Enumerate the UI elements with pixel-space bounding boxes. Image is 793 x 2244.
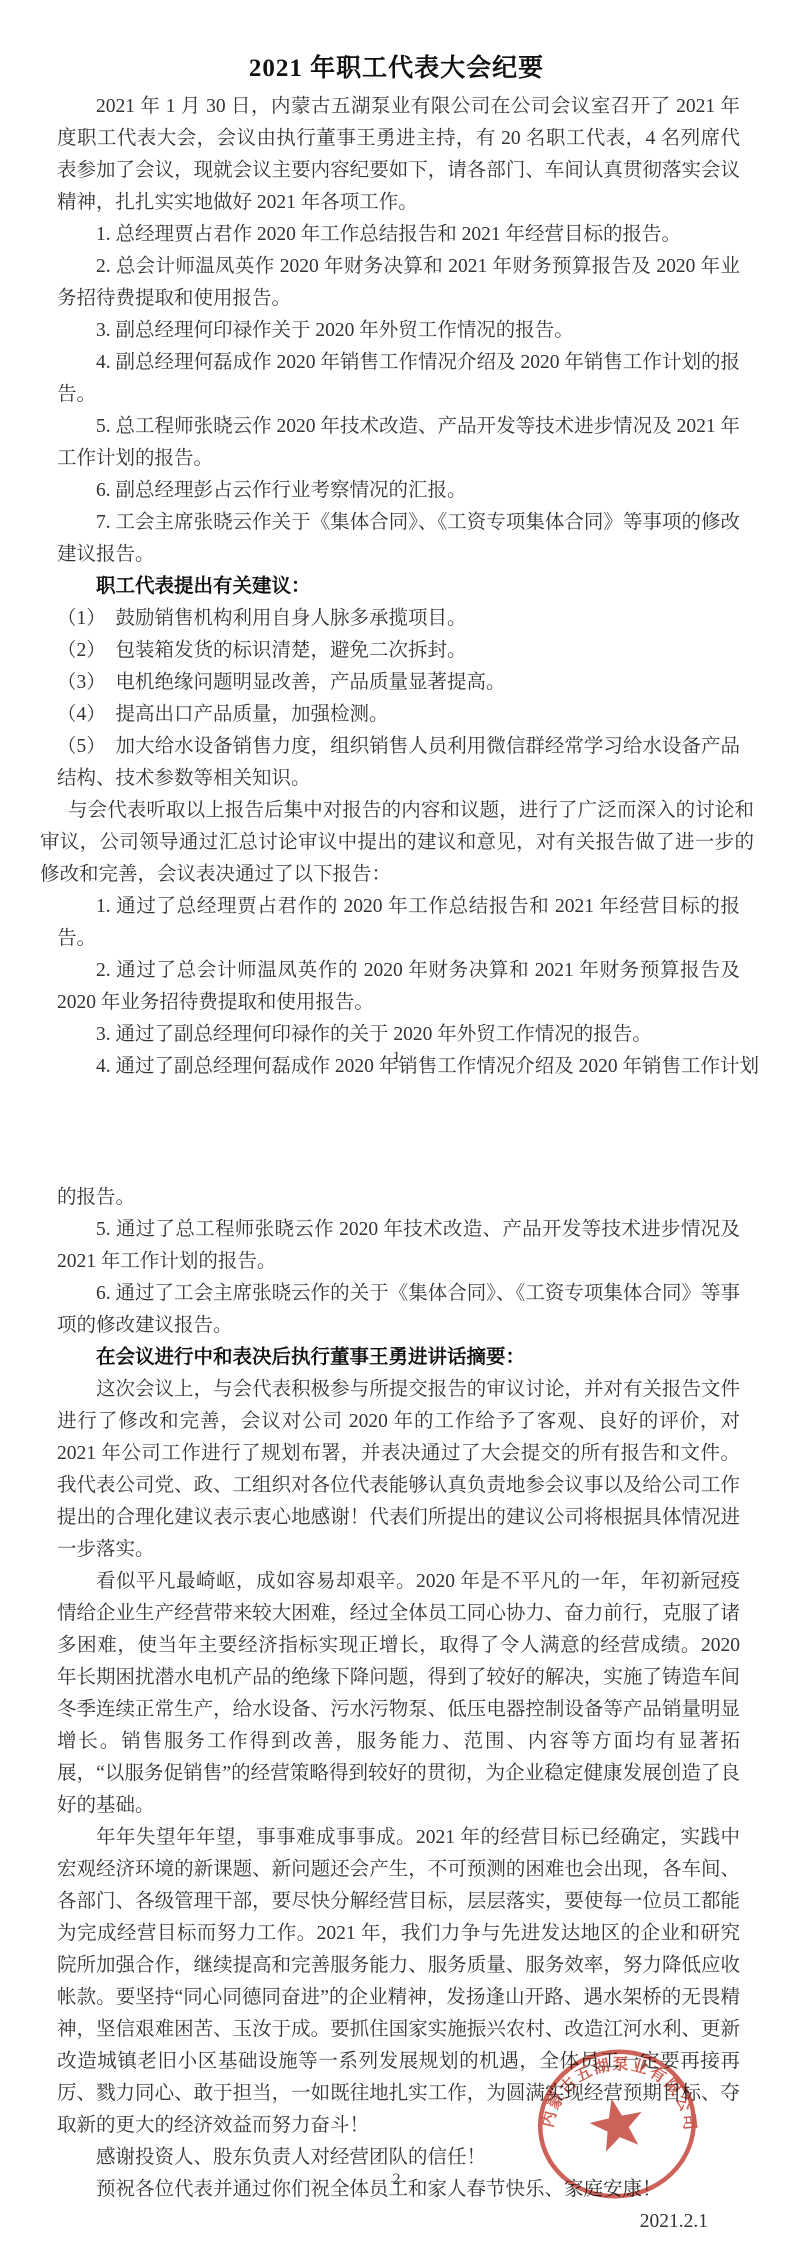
suggestion-1: （1） 鼓励销售机构利用自身人脉多承揽项目。 (57, 603, 740, 635)
report-item-2: 2. 总会计师温凤英作 2020 年财务决算和 2021 年财务预算报告及 20… (57, 251, 740, 315)
page-number-1: 1 (0, 1046, 793, 1070)
report-item-3: 3. 副总经理何印禄作关于 2020 年外贸工作情况的报告。 (57, 315, 740, 347)
report-item-1: 1. 总经理贾占君作 2020 年工作总结报告和 2021 年经营目标的报告。 (57, 219, 740, 251)
suggestion-3: （3） 电机绝缘问题明显改善，产品质量显著提高。 (57, 667, 740, 699)
speech-paragraph-3: 年年失望年年望，事事难成事事成。2021 年的经营目标已经确定，实践中宏观经济环… (57, 1822, 740, 2142)
intro-paragraph: 2021 年 1 月 30 日，内蒙古五湖泵业有限公司在公司会议室召开了 202… (57, 91, 740, 219)
deliberation-paragraph: 与会代表听取以上报告后集中对报告的内容和议题，进行了广泛而深入的讨论和审议，公司… (40, 795, 754, 891)
suggestions-heading: 职工代表提出有关建议： (57, 571, 740, 603)
document: 2021 年职工代表大会纪要 2021 年 1 月 30 日，内蒙古五湖泵业有限… (0, 0, 793, 2244)
approved-item-4-part2: 的报告。 (57, 1182, 740, 1214)
approved-item-1: 1. 通过了总经理贾占君作的 2020 年工作总结报告和 2021 年经营目标的… (57, 891, 740, 955)
suggestion-2: （2） 包装箱发货的标识清楚，避免二次拆封。 (57, 635, 740, 667)
suggestion-4: （4） 提高出口产品质量，加强检测。 (57, 699, 740, 731)
speech-heading: 在会议进行中和表决后执行董事王勇进讲话摘要： (57, 1342, 740, 1374)
speech-paragraph-2: 看似平凡最崎岖，成如容易却艰辛。2020 年是不平凡的一年，年初新冠疫情给企业生… (57, 1566, 740, 1822)
date-line: 2021.2.1 (57, 2206, 740, 2238)
approved-item-2: 2. 通过了总会计师温凤英作的 2020 年财务决算和 2021 年财务预算报告… (57, 955, 740, 1019)
suggestion-5: （5） 加大给水设备销售力度，组织销售人员利用微信群经常学习给水设备产品结构、技… (57, 731, 740, 795)
page-1: 2021 年职工代表大会纪要 2021 年 1 月 30 日，内蒙古五湖泵业有限… (0, 0, 793, 1122)
report-item-5: 5. 总工程师张晓云作 2020 年技术改造、产品开发等技术进步情况及 2021… (57, 411, 740, 475)
page-2-body: 的报告。5. 通过了总工程师张晓云作 2020 年技术改造、产品开发等技术进步情… (57, 1182, 740, 2238)
document-title: 2021 年职工代表大会纪要 (0, 51, 793, 87)
page-1-body: 2021 年 1 月 30 日，内蒙古五湖泵业有限公司在公司会议室召开了 202… (57, 91, 740, 1083)
approved-item-6: 6. 通过了工会主席张晓云作的关于《集体合同》、《工资专项集体合同》等事项的修改… (57, 1278, 740, 1342)
page-2: 的报告。5. 通过了总工程师张晓云作 2020 年技术改造、产品开发等技术进步情… (0, 1122, 793, 2244)
report-item-7: 7. 工会主席张晓云作关于《集体合同》、《工资专项集体合同》等事项的修改建议报告… (57, 507, 740, 571)
page-number-2: 2 (0, 2168, 793, 2192)
approved-item-5: 5. 通过了总工程师张晓云作 2020 年技术改造、产品开发等技术进步情况及 2… (57, 1214, 740, 1278)
report-item-4: 4. 副总经理何磊成作 2020 年销售工作情况介绍及 2020 年销售工作计划… (57, 347, 740, 411)
report-item-6: 6. 副总经理彭占云作行业考察情况的汇报。 (57, 475, 740, 507)
speech-paragraph-1: 这次会议上，与会代表积极参与所提交报告的审议讨论，并对有关报告文件进行了修改和完… (57, 1374, 740, 1566)
